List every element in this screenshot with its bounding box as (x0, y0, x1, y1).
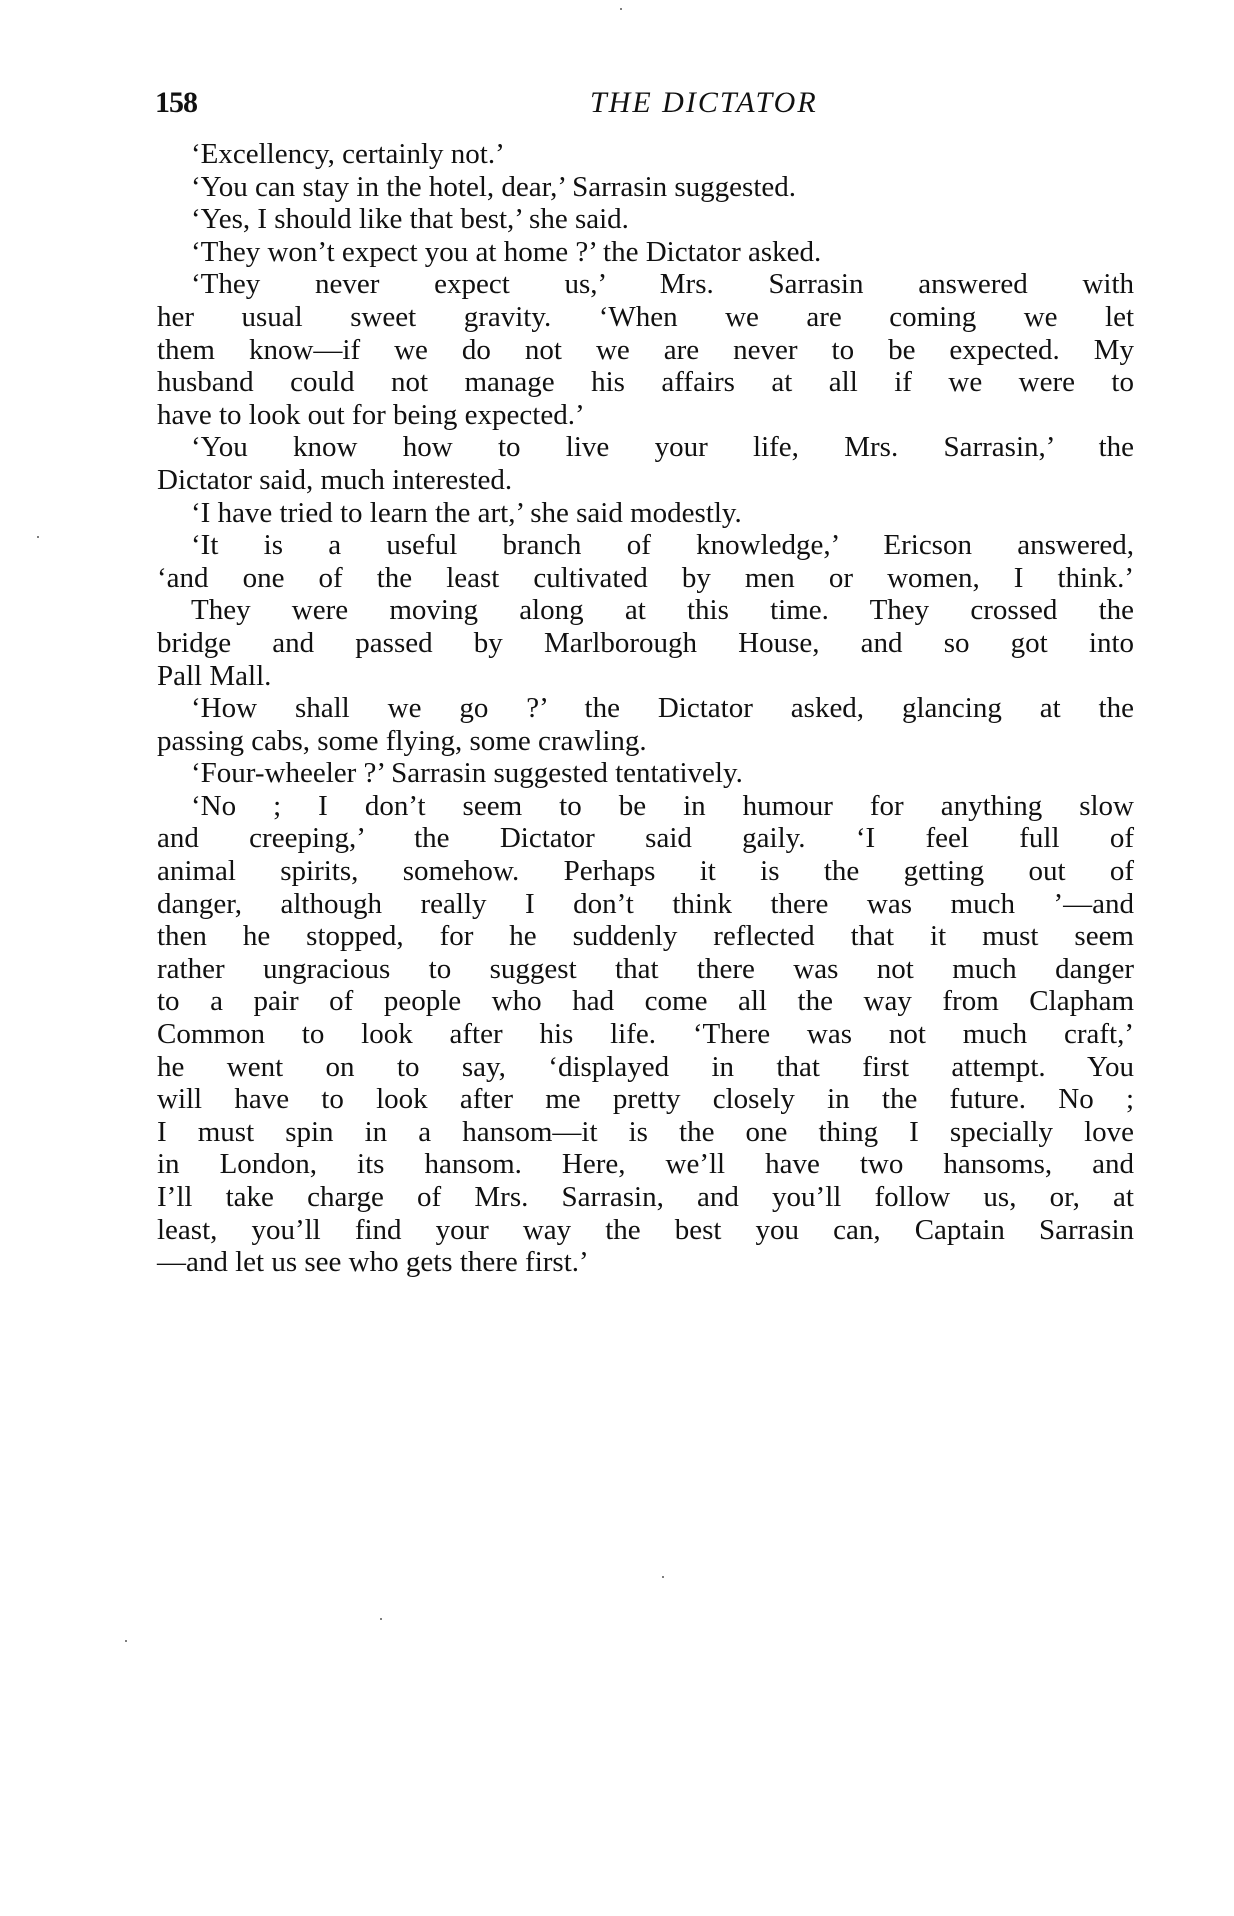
text-line: danger, although really I don’t think th… (157, 888, 1134, 921)
scan-speck (125, 1640, 127, 1642)
book-page: 158 THE DICTATOR ‘Excellency, certainly … (0, 0, 1234, 1916)
text-line: ‘They won’t expect you at home ?’ the Di… (157, 236, 1134, 269)
text-line: Pall Mall. (157, 660, 1134, 693)
text-line: I’ll take charge of Mrs. Sarrasin, and y… (157, 1181, 1134, 1214)
text-line: have to look out for being expected.’ (157, 399, 1134, 432)
text-line: bridge and passed by Marlborough House, … (157, 627, 1134, 660)
text-line: to a pair of people who had come all the… (157, 985, 1134, 1018)
text-line: ‘It is a useful branch of knowledge,’ Er… (157, 529, 1134, 562)
text-line: ‘No ; I don’t seem to be in humour for a… (157, 790, 1134, 823)
text-line: ‘You can stay in the hotel, dear,’ Sarra… (157, 171, 1134, 204)
text-line: ‘You know how to live your life, Mrs. Sa… (157, 431, 1134, 464)
text-line: then he stopped, for he suddenly reflect… (157, 920, 1134, 953)
scan-speck (620, 8, 622, 10)
text-line: in London, its hansom. Here, we’ll have … (157, 1148, 1134, 1181)
text-line: rather ungracious to suggest that there … (157, 953, 1134, 986)
text-line: ‘and one of the least cultivated by men … (157, 562, 1134, 595)
page-number: 158 (155, 86, 197, 120)
scan-speck (662, 1576, 664, 1578)
text-line: I must spin in a hansom—it is the one th… (157, 1116, 1134, 1149)
text-line: —and let us see who gets there first.’ (157, 1246, 1134, 1279)
text-line: ‘Four-wheeler ?’ Sarrasin suggested tent… (157, 757, 1134, 790)
text-line: Dictator said, much interested. (157, 464, 1134, 497)
text-line: passing cabs, some flying, some crawling… (157, 725, 1134, 758)
text-line: Common to look after his life. ‘There wa… (157, 1018, 1134, 1051)
text-line: will have to look after me pretty closel… (157, 1083, 1134, 1116)
running-head: 158 THE DICTATOR (155, 86, 1135, 126)
text-line: animal spirits, somehow. Perhaps it is t… (157, 855, 1134, 888)
scan-speck (37, 536, 39, 538)
text-line: ‘Excellency, certainly not.’ (157, 138, 1134, 171)
text-line: ‘Yes, I should like that best,’ she said… (157, 203, 1134, 236)
text-line: ‘They never expect us,’ Mrs. Sarrasin an… (157, 268, 1134, 301)
running-title: THE DICTATOR (590, 86, 818, 120)
scan-speck (380, 1618, 382, 1620)
text-line: ‘How shall we go ?’ the Dictator asked, … (157, 692, 1134, 725)
text-line: he went on to say, ‘displayed in that fi… (157, 1051, 1134, 1084)
text-line: them know—if we do not we are never to b… (157, 334, 1134, 367)
text-line: They were moving along at this time. The… (157, 594, 1134, 627)
body-text: ‘Excellency, certainly not.’ ‘You can st… (157, 138, 1134, 1279)
text-line: ‘I have tried to learn the art,’ she sai… (157, 497, 1134, 530)
text-line: and creeping,’ the Dictator said gaily. … (157, 822, 1134, 855)
text-line: her usual sweet gravity. ‘When we are co… (157, 301, 1134, 334)
text-line: husband could not manage his affairs at … (157, 366, 1134, 399)
text-line: least, you’ll find your way the best you… (157, 1214, 1134, 1247)
